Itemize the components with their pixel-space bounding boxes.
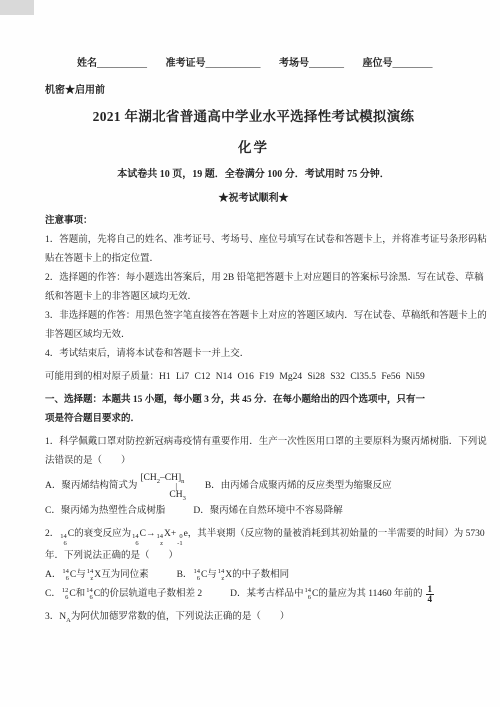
notice-3-line-1: 3．非选择题的作答：用黑色签字笔直接答在答题卡上对应的答题区域内．写在试卷、草稿…	[45, 307, 462, 326]
section-1-heading-line-1: 一、选择题：本题共 15 小题，每小题 3 分，共 45 分．在每小题给出的四个…	[45, 391, 462, 410]
polypropylene-structure: [CH2–CH]n | CH3	[140, 473, 185, 500]
q2-option-a: A．146C与14zX互为同位素	[45, 566, 149, 585]
admission-ticket-field: 准考证号___________	[166, 58, 261, 69]
section-1-heading-line-2: 项是符合题目要求的．	[45, 410, 462, 429]
name-field: 姓名__________	[77, 58, 147, 69]
q1-option-a: A．聚丙烯结构简式为 [CH2–CH]n | CH3	[45, 473, 189, 500]
structure-methyl-group: CH3	[140, 490, 185, 500]
q1-stem-line-2: 法错误的是（ ）	[45, 452, 462, 471]
candidate-info-row: 姓名__________ 准考证号___________ 考场号_______ …	[45, 54, 462, 69]
q3-stem: 3．NA为阿伏加德罗常数的值，下列说法正确的是（ ）	[45, 608, 462, 627]
confidential-notice: 机密★启用前	[45, 81, 462, 96]
q2-options-ab: A．146C与14zX互为同位素 B．146C与14zX的中子数相同	[45, 566, 462, 585]
q2-stem-line-1: 2．146C的衰变反应为146C→14zX+0-1e，其半衰期（反应物的量被消耗…	[45, 525, 462, 547]
notice-2-line-1: 2．选择题的作答：每小题选出答案后，用 2B 铅笔把答题卡上对应题目的答案标号涂…	[45, 269, 462, 288]
name-blank-line: __________	[97, 58, 147, 69]
scanned-exam-document: { "header": { "confidential": "机密★启用前", …	[0, 0, 500, 707]
name-label: 姓名	[77, 58, 97, 69]
q2-option-d: D．某考古样品中146C的量应为其 11460 年前的14	[230, 585, 434, 604]
structure-backbone: [CH2–CH]n	[140, 473, 185, 484]
q2-option-b: B．146C与14zX的中子数相同	[177, 566, 290, 585]
exam-room-blank-line: _______	[309, 58, 344, 69]
q2-options-cd: C．126C和146C的价层轨道电子数相差 2 D．某考古样品中146C的量应为…	[45, 585, 462, 604]
notices-heading: 注意事项：	[45, 212, 462, 231]
scan-artifact-corner	[0, 0, 34, 15]
q1-options-ab: A．聚丙烯结构简式为 [CH2–CH]n | CH3 B．由丙烯合成聚丙烯的反应…	[45, 473, 462, 500]
subject-title: 化学	[45, 136, 462, 156]
notice-3-line-2: 非答题区域均无效．	[45, 326, 462, 345]
exam-title: 2021 年湖北省普通高中学业水平选择性考试模拟演练	[45, 105, 462, 125]
exam-wish: ★祝考试顺利★	[45, 189, 462, 204]
paper-meta: 本试卷共 10 页，19 题．全卷满分 100 分．考试用时 75 分钟．	[45, 165, 462, 180]
seat-number-label: 座位号	[363, 58, 393, 69]
q1-option-b: B．由丙烯合成聚丙烯的反应类型为缩聚反应	[205, 477, 392, 496]
q1-option-c: C．聚丙烯为热塑性合成树脂	[45, 502, 165, 521]
atomic-masses-line: 可能用到的相对原子质量：H1 Li7 C12 N14 O16 F19 Mg24 …	[45, 368, 462, 387]
notice-2-line-2: 纸和答题卡上的非答题区域均无效．	[45, 288, 462, 307]
exam-room-field: 考场号_______	[279, 58, 344, 69]
exam-room-label: 考场号	[279, 58, 309, 69]
exam-paper-page: 姓名__________ 准考证号___________ 考场号_______ …	[0, 54, 500, 627]
admission-ticket-blank-line: ___________	[206, 58, 261, 69]
notice-1-line-1: 1．答题前，先将自己的姓名、准考证号、考场号、座位号填写在试卷和答题卡上，并将准…	[45, 231, 462, 250]
seat-number-field: 座位号________	[363, 58, 433, 69]
seat-number-blank-line: ________	[393, 58, 433, 69]
q1-option-a-label: A．聚丙烯结构简式为	[45, 477, 137, 496]
q2-stem-line-2: 年．下列说法正确的是（ ）	[45, 547, 462, 566]
q2-option-c: C．126C和146C的价层轨道电子数相差 2	[45, 585, 202, 604]
admission-ticket-label: 准考证号	[166, 58, 206, 69]
notice-1-line-2: 贴在答题卡上的指定位置．	[45, 250, 462, 269]
q1-option-d: D．聚丙烯在自然环境中不容易降解	[193, 502, 342, 521]
notice-4: 4．考试结束后，请将本试卷和答题卡一并上交．	[45, 345, 462, 364]
q1-stem-line-1: 1．科学佩戴口罩对防控新冠病毒疫情有重要作用．生产一次性医用口罩的主要原料为聚丙…	[45, 433, 462, 452]
q1-options-cd: C．聚丙烯为热塑性合成树脂 D．聚丙烯在自然环境中不容易降解	[45, 502, 462, 521]
